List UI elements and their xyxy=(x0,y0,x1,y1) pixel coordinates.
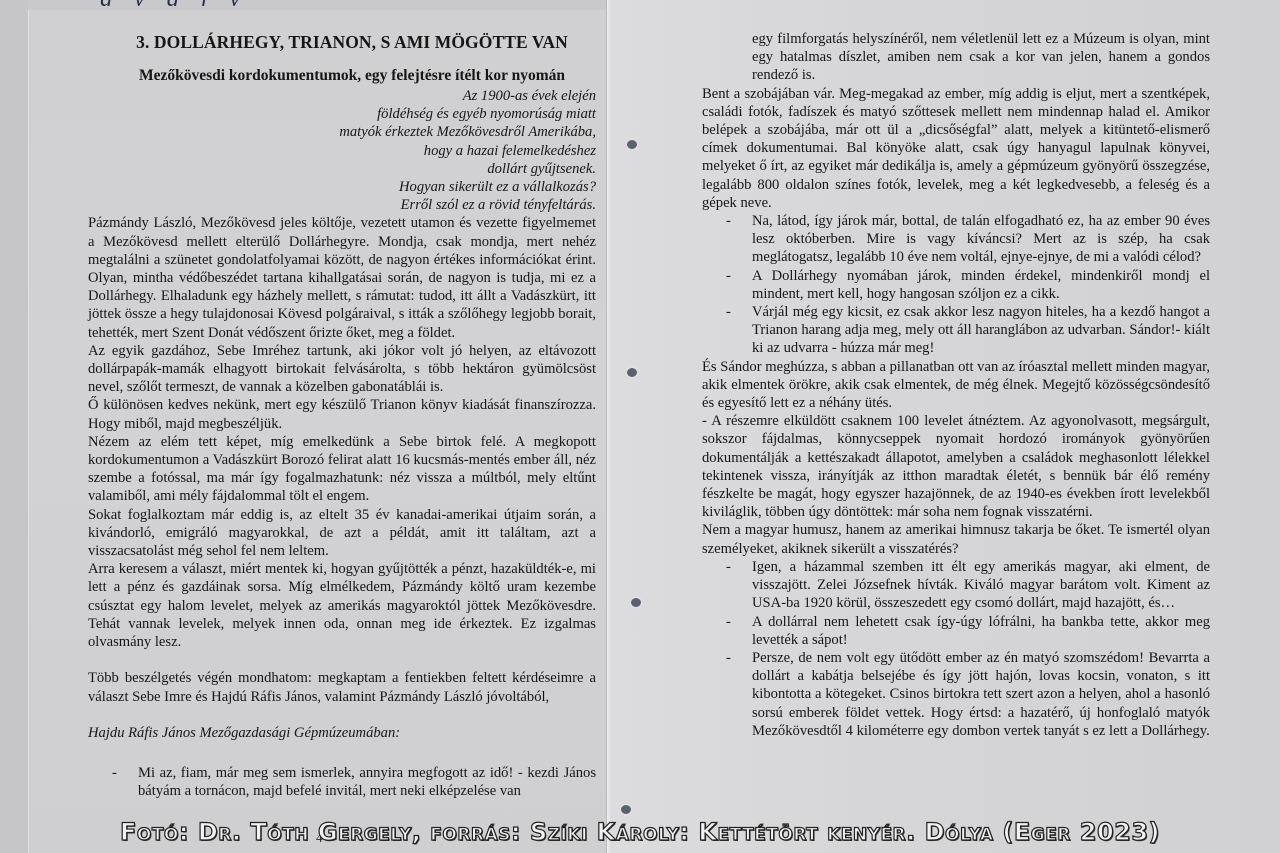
epigraph-line: hogy a hazai felemelkedéshez xyxy=(88,142,596,160)
dialogue-text: Mi az, fiam, már meg sem ismerlek, annyi… xyxy=(138,765,596,799)
epigraph: Az 1900-as évek elején földéhség és egyé… xyxy=(88,87,596,214)
previous-page-text-fragment: g y g j y xyxy=(100,0,530,6)
dialogue-line: - Persze, de nem volt egy ütődött ember … xyxy=(702,649,1210,740)
punch-hole-icon xyxy=(627,140,637,149)
dialogue-line: - Na, látod, így járok már, bottal, de t… xyxy=(702,212,1210,267)
dash-marker: - xyxy=(726,649,731,667)
dialogue-line: - Várjál még egy kicsit, ez csak akkor l… xyxy=(702,303,1210,358)
dialogue-line: - Igen, a házammal szemben itt élt egy a… xyxy=(702,558,1210,613)
body-paragraph: - A részemre elküldött csaknem 100 level… xyxy=(702,412,1210,521)
body-paragraph: Arra keresem a választ, miért mentek ki,… xyxy=(88,560,596,651)
dialogue-text: Igen, a házammal szemben itt élt egy ame… xyxy=(752,559,1210,611)
left-column: 3. DOLLÁRHEGY, TRIANON, S AMI MÖGÖTTE VA… xyxy=(88,26,596,800)
dash-marker: - xyxy=(726,613,731,631)
epigraph-line: dollárt gyűjtsenek. xyxy=(88,160,596,178)
background-strip xyxy=(0,0,28,853)
epigraph-line: földéhség és egyéb nyomorúság miatt xyxy=(88,105,596,123)
continuation-text: egy filmforgatás helyszínéről, nem vélet… xyxy=(702,30,1210,85)
dialogue-text: Várjál még egy kicsit, ez csak akkor les… xyxy=(752,304,1210,356)
body-paragraph: Pázmándy László, Mezőkövesd jeles költőj… xyxy=(88,214,596,341)
dialogue-line: - A Dollárhegy nyomában járok, minden ér… xyxy=(702,267,1210,303)
dash-marker: - xyxy=(726,558,731,576)
right-column: egy filmforgatás helyszínéről, nem vélet… xyxy=(702,30,1210,740)
body-paragraph: Sokat foglalkoztam már eddig is, az elte… xyxy=(88,506,596,561)
epigraph-line: matyók érkeztek Mezőkövesdről Amerikába, xyxy=(88,123,596,141)
epigraph-line: Erről szól ez a rövid tényfeltárás. xyxy=(88,196,596,214)
dash-marker: - xyxy=(726,303,731,321)
body-paragraph: Az egyik gazdához, Sebe Imréhez tartunk,… xyxy=(88,342,596,397)
body-paragraph: Nem a magyar humusz, hanem az amerikai h… xyxy=(702,521,1210,557)
dash-marker: - xyxy=(726,267,731,285)
chapter-title: 3. DOLLÁRHEGY, TRIANON, S AMI MÖGÖTTE VA… xyxy=(108,32,596,53)
epigraph-line: Hogyan sikerült ez a vállalkozás? xyxy=(88,178,596,196)
dialogue-text: A Dollárhegy nyomában járok, minden érde… xyxy=(752,268,1210,302)
dialogue-text: Na, látod, így járok már, bottal, de tal… xyxy=(752,213,1210,265)
photo-credit-caption: Fotó: Dr. Tóth Gergely, forrás: Szíki Ká… xyxy=(0,818,1280,850)
dash-marker: - xyxy=(726,212,731,230)
closing-paragraph: Több beszélgetés végén mondhatom: megkap… xyxy=(88,669,596,705)
dialogue-text: A dollárral nem lehetett csak így-úgy ló… xyxy=(752,614,1210,648)
punch-hole-icon xyxy=(627,368,637,377)
body-paragraph: Bent a szobájában vár. Meg-megakad az em… xyxy=(702,85,1210,212)
body-paragraph: Nézem az elém tett képet, míg emelkedünk… xyxy=(88,433,596,506)
punch-hole-icon xyxy=(621,805,631,814)
dialogue-text: Persze, de nem volt egy ütődött ember az… xyxy=(752,650,1210,739)
chapter-subtitle: Mezőkövesdi kordokumentumok, egy felejté… xyxy=(108,67,596,85)
body-paragraph: És Sándor meghúzza, s abban a pillanatba… xyxy=(702,358,1210,413)
section-heading: Hajdu Ráfis János Mezőgazdasági Gépmúzeu… xyxy=(88,724,596,742)
punch-hole-icon xyxy=(631,598,641,607)
epigraph-line: Az 1900-as évek elején xyxy=(88,87,596,105)
dialogue-line: - Mi az, fiam, már meg sem ismerlek, ann… xyxy=(88,764,596,800)
body-paragraph: Ő különösen kedves nekünk, mert egy kész… xyxy=(88,396,596,432)
dash-marker: - xyxy=(112,764,117,782)
dialogue-line: - A dollárral nem lehetett csak így-úgy … xyxy=(702,613,1210,649)
